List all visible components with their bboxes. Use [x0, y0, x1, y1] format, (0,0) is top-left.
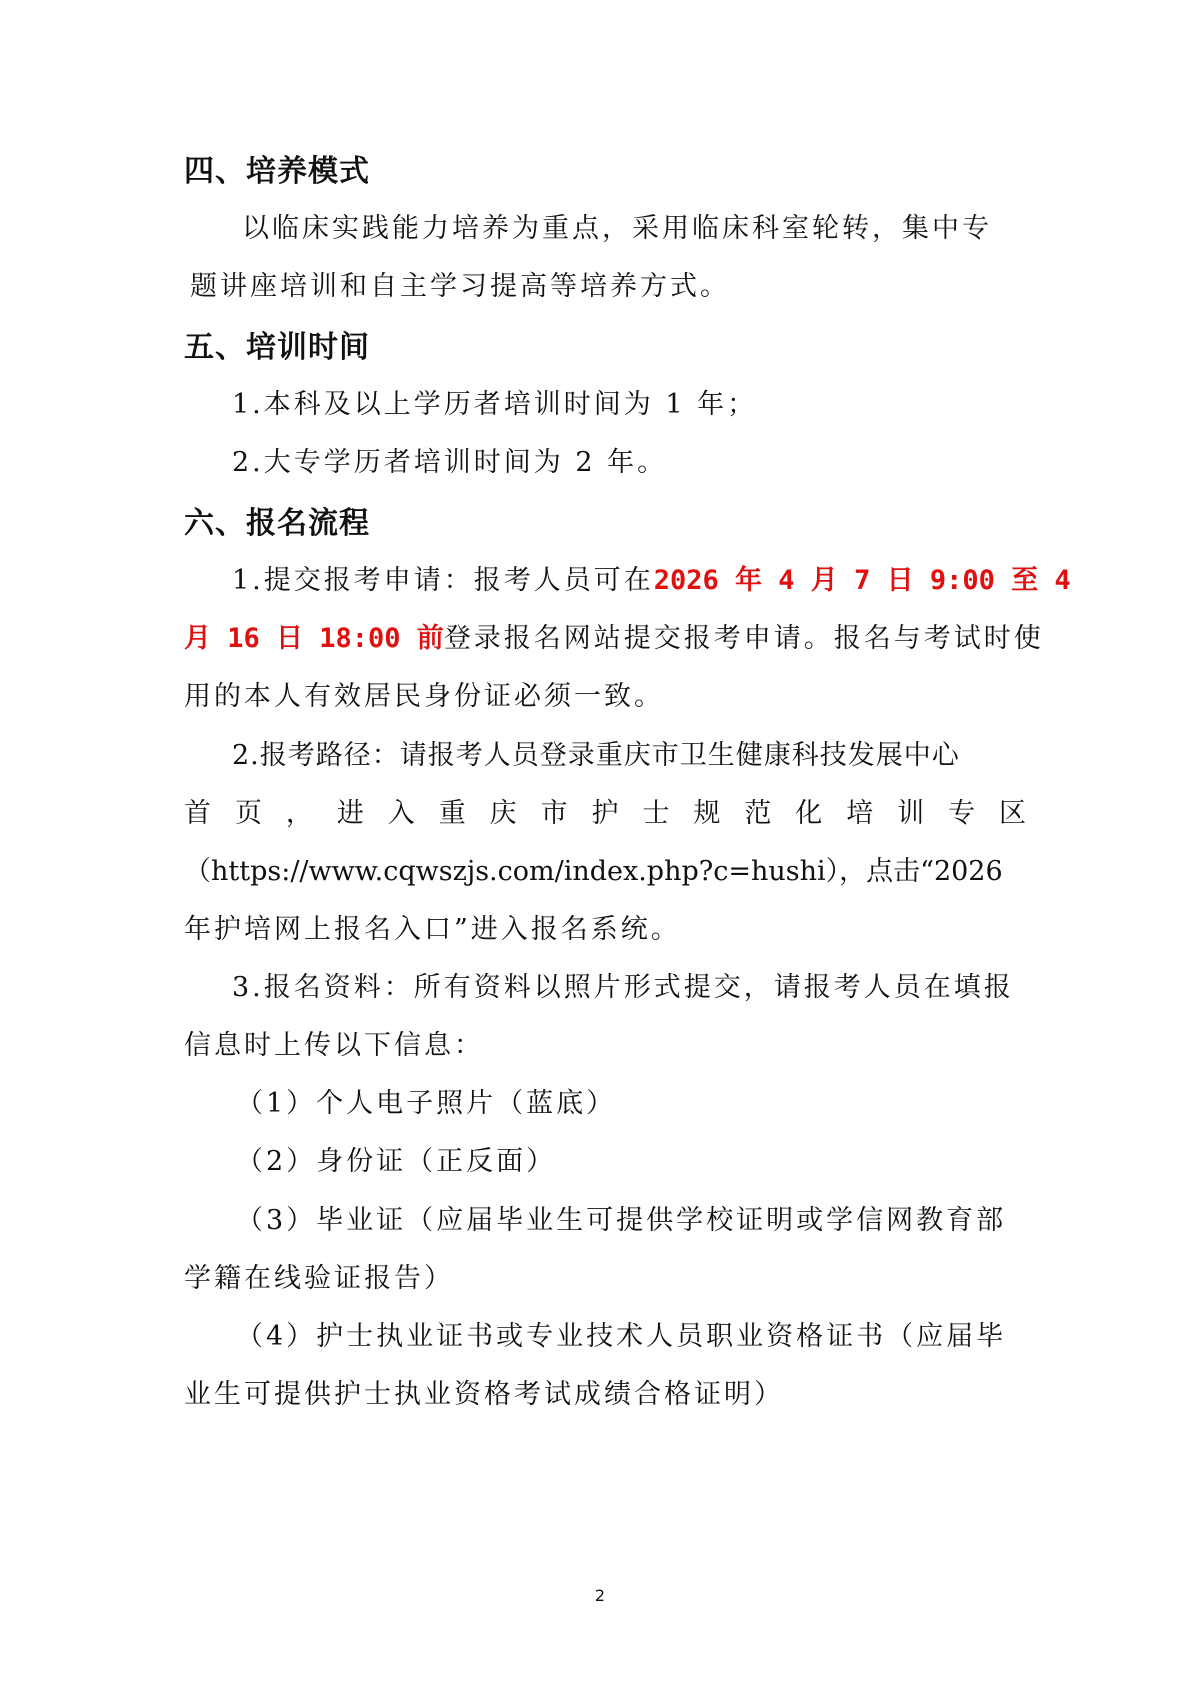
registration-url-line: （https://www.cqwszjs.com/index.php?c=hus…: [184, 849, 1026, 888]
step1-prefix: 1.提交报考申请：报考人员可在: [232, 565, 654, 596]
char: 重: [439, 791, 466, 830]
page-number: 2: [0, 1586, 1200, 1605]
deadline-highlight: 月 16 日 18:00 前: [184, 623, 444, 654]
section-heading-registration-process: 六、报名流程: [184, 498, 370, 542]
char: 士: [642, 791, 669, 830]
document-page: 四、培养模式 以临床实践能力培养为重点，采用临床科室轮转，集中专 题讲座培训和自…: [0, 0, 1200, 1697]
char: ，: [286, 791, 313, 830]
char: 首: [184, 791, 211, 830]
char: 专: [948, 791, 975, 830]
paragraph-text: 题讲座培训和自主学习提高等培养方式。: [190, 264, 1032, 303]
list-item: （3）毕业证（应届毕业生可提供学校证明或学信网教育部: [236, 1198, 1078, 1237]
paragraph-line: 2.报考路径：请报考人员登录重庆市卫生健康科技发展中心: [232, 733, 1074, 772]
list-item-continuation: 业生可提供护士执业资格考试成绩合格证明）: [184, 1372, 1026, 1411]
list-item: 1.本科及以上学历者培训时间为 1 年；: [232, 382, 1074, 421]
char: 市: [541, 791, 568, 830]
paragraph-line: 3.报名资料：所有资料以照片形式提交，请报考人员在填报: [232, 965, 1074, 1004]
paragraph-line: 信息时上传以下信息：: [184, 1023, 1026, 1062]
list-item-continuation: 学籍在线验证报告）: [184, 1256, 1026, 1295]
section-heading-training-time: 五、培训时间: [184, 322, 370, 366]
char: 规: [693, 791, 720, 830]
paragraph-line: 1.提交报考申请：报考人员可在2026 年 4 月 7 日 9:00 至 4: [232, 558, 1074, 597]
char: 化: [795, 791, 822, 830]
section-heading-training-mode: 四、培养模式: [184, 146, 370, 190]
step1-text: 登录报名网站提交报考申请。报名与考试时使: [444, 623, 1044, 654]
char: 区: [999, 791, 1026, 830]
paragraph-line-justified: 首 页 ， 进 入 重 庆 市 护 士 规 范 化 培 训 专 区: [184, 791, 1026, 830]
list-item: （4）护士执业证书或专业技术人员职业资格证书（应届毕: [236, 1314, 1078, 1353]
char: 进: [337, 791, 364, 830]
char: 护: [592, 791, 619, 830]
char: 训: [897, 791, 924, 830]
deadline-highlight: 2026 年 4 月 7 日 9:00 至 4: [654, 565, 1071, 596]
paragraph-text: 以临床实践能力培养为重点，采用临床科室轮转，集中专: [242, 206, 1084, 245]
char: 庆: [490, 791, 517, 830]
list-item: （1）个人电子照片（蓝底）: [236, 1081, 1078, 1120]
paragraph-line: 用的本人有效居民身份证必须一致。: [184, 674, 1026, 713]
list-item: 2.大专学历者培训时间为 2 年。: [232, 440, 1074, 479]
char: 培: [846, 791, 873, 830]
char: 页: [235, 791, 262, 830]
paragraph-line: 月 16 日 18:00 前登录报名网站提交报考申请。报名与考试时使: [184, 616, 1026, 655]
char: 入: [388, 791, 415, 830]
paragraph-line: 年护培网上报名入口”进入报名系统。: [184, 907, 1026, 946]
char: 范: [744, 791, 771, 830]
list-item: （2）身份证（正反面）: [236, 1139, 1078, 1178]
